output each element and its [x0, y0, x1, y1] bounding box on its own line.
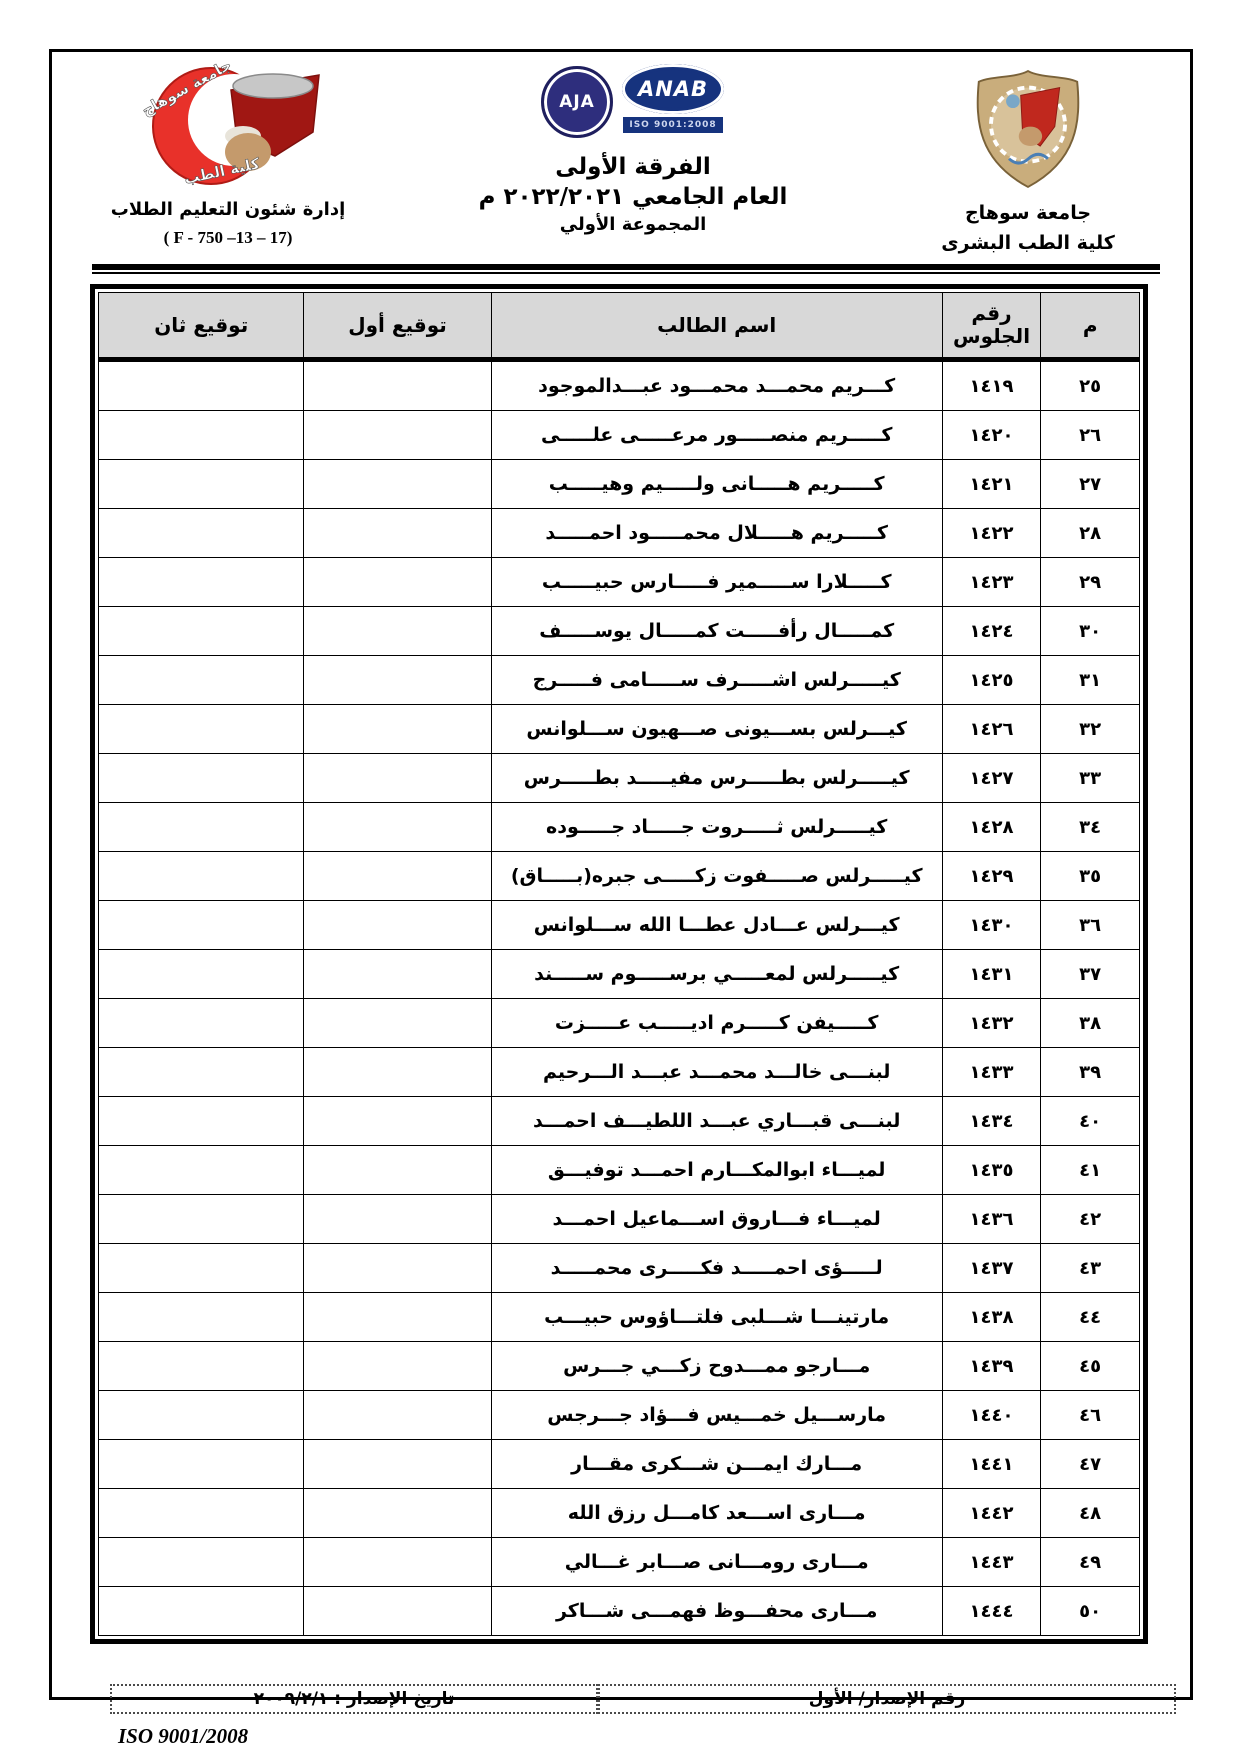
first-signature-cell [304, 1342, 491, 1391]
student-name-cell: مارتينـــا شـــلبى فلتـــاؤوس حبيـــب [491, 1293, 942, 1342]
seat-number-cell: ١٤٢٦ [942, 705, 1041, 754]
first-signature-cell [304, 999, 491, 1048]
aja-logo-icon: AJA [541, 66, 613, 138]
second-signature-cell [99, 1587, 304, 1636]
table-row: ٣٢١٤٢٦كيـــرلس بســـيونى صـــهيون ســـلو… [99, 705, 1140, 754]
seat-number-cell: ١٤٣٤ [942, 1097, 1041, 1146]
seat-number-cell: ١٤٤٣ [942, 1538, 1041, 1587]
serial-cell: ٣٧ [1041, 950, 1140, 999]
second-signature-cell [99, 1440, 304, 1489]
student-name-cell: كيـــرلس عـــادل عطـــا الله ســـلوانس [491, 901, 942, 950]
header-seat-number: رقم الجلوس [942, 293, 1041, 360]
serial-cell: ٣٥ [1041, 852, 1140, 901]
student-name-cell: كيـــــرلس ثـــــروت جـــــاد جـــــوده [491, 803, 942, 852]
table-row: ٥٠١٤٤٤مـــارى محفـــوظ فهمـــى شـــاكر [99, 1587, 1140, 1636]
seat-number-cell: ١٤٣١ [942, 950, 1041, 999]
document-header: جامعة سوهاج كلية الطب البشرى ANAB ISO 90… [52, 52, 1190, 258]
table-row: ٢٨١٤٢٢كـــــريم هـــــلال محمـــــود احم… [99, 509, 1140, 558]
header-first-signature: توقيع أول [304, 293, 491, 360]
student-name-cell: كـــــلارا ســـــمير فـــــارس حبيـــــب [491, 558, 942, 607]
table-row: ٤٨١٤٤٢مـــارى اســـعد كامـــل رزق الله [99, 1489, 1140, 1538]
second-signature-cell [99, 1538, 304, 1587]
form-code: ( F - 750 –13 – 17) [78, 225, 378, 251]
table-row: ٤٤١٤٣٨مارتينـــا شـــلبى فلتـــاؤوس حبيـ… [99, 1293, 1140, 1342]
seat-number-cell: ١٤٢١ [942, 460, 1041, 509]
serial-cell: ٤٢ [1041, 1195, 1140, 1244]
serial-cell: ٣٢ [1041, 705, 1140, 754]
table-row: ٣٩١٤٣٣لبنـــى خالـــد محمـــد عبـــد الـ… [99, 1048, 1140, 1097]
seat-number-cell: ١٤٢٠ [942, 411, 1041, 460]
second-signature-cell [99, 656, 304, 705]
first-signature-cell [304, 1097, 491, 1146]
table-row: ٣٦١٤٣٠كيـــرلس عـــادل عطـــا الله ســـل… [99, 901, 1140, 950]
first-signature-cell [304, 509, 491, 558]
student-name-cell: كيـــــرلس صـــــفوت زكـــــى جبره(بــــ… [491, 852, 942, 901]
serial-cell: ٤٨ [1041, 1489, 1140, 1538]
table-row: ٣٣١٤٢٧كيـــــرلس بطـــــرس مفيـــــد بطـ… [99, 754, 1140, 803]
student-name-cell: لبنـــى خالـــد محمـــد عبـــد الـــرحيم [491, 1048, 942, 1097]
table-row: ٣٠١٤٢٤كمـــــال رأفـــــت كمـــــال يوسـ… [99, 607, 1140, 656]
second-signature-cell [99, 950, 304, 999]
serial-cell: ٤١ [1041, 1146, 1140, 1195]
table-row: ٣٨١٤٣٢كـــــيفن كـــــرم اديـــــب عــــ… [99, 999, 1140, 1048]
serial-cell: ٣٠ [1041, 607, 1140, 656]
aja-logo-label: AJA [559, 92, 595, 112]
student-name-cell: كـــــريم هـــــانى ولـــــيم وهيـــــب [491, 460, 942, 509]
header-second-signature: توقيع ثان [99, 293, 304, 360]
seat-number-cell: ١٤٤١ [942, 1440, 1041, 1489]
seat-number-cell: ١٤١٩ [942, 360, 1041, 411]
table-row: ٤٢١٤٣٦لميـــاء فـــاروق اســـماعيل احمــ… [99, 1195, 1140, 1244]
second-signature-cell [99, 901, 304, 950]
group-title: المجموعة الأولي [438, 214, 828, 235]
first-signature-cell [304, 1244, 491, 1293]
first-signature-cell [304, 1195, 491, 1244]
student-name-cell: كـــــريم هـــــلال محمـــــود احمـــــد [491, 509, 942, 558]
second-signature-cell [99, 1293, 304, 1342]
serial-cell: ٤٣ [1041, 1244, 1140, 1293]
seat-number-cell: ١٤٢٣ [942, 558, 1041, 607]
student-name-cell: كيـــرلس بســـيونى صـــهيون ســـلوانس [491, 705, 942, 754]
student-name-cell: لبنـــى قبـــاري عبـــد اللطيـــف احمـــ… [491, 1097, 942, 1146]
seat-number-cell: ١٤٤٢ [942, 1489, 1041, 1538]
student-name-cell: مـــارك ايمـــن شـــكرى مقـــار [491, 1440, 942, 1489]
student-name-cell: مـــارى اســـعد كامـــل رزق الله [491, 1489, 942, 1538]
second-signature-cell [99, 754, 304, 803]
anab-logo-icon: ANAB ISO 9001:2008 [621, 64, 725, 133]
second-signature-cell [99, 1146, 304, 1195]
academic-year-title: العام الجامعي ٢٠٢٢/٢٠٢١ م [438, 184, 828, 210]
student-name-cell: مـــارى محفـــوظ فهمـــى شـــاكر [491, 1587, 942, 1636]
second-signature-cell [99, 1391, 304, 1440]
first-signature-cell [304, 1587, 491, 1636]
first-signature-cell [304, 1538, 491, 1587]
first-signature-cell [304, 1293, 491, 1342]
first-signature-cell [304, 1146, 491, 1195]
table-row: ٤٣١٤٣٧لـــــؤى احمـــــد فكـــــرى محمــ… [99, 1244, 1140, 1293]
serial-cell: ٤٩ [1041, 1538, 1140, 1587]
title-block: ANAB ISO 9001:2008 AJA الفرقة الأولى الع… [438, 62, 828, 258]
seat-number-cell: ١٤٣٠ [942, 901, 1041, 950]
header-divider-rule [92, 264, 1160, 274]
student-name-cell: مـــارى رومـــانى صـــابر غـــالي [491, 1538, 942, 1587]
serial-cell: ٤٤ [1041, 1293, 1140, 1342]
student-name-cell: كـــريم محمـــد محمـــود عبـــدالموجود [491, 360, 942, 411]
document-footer: تاريخ الإصدار : ٢٠٠٩/٢/١ رقم الإصدار/ ال… [110, 1684, 1182, 1714]
admin-block: جامعة سوهاج كلية الطب إدارة شئون التعليم… [78, 62, 378, 258]
university-block: جامعة سوهاج كلية الطب البشرى [888, 62, 1168, 258]
table-row: ٢٦١٤٢٠كـــــريم منصـــــور مرعـــــى علـ… [99, 411, 1140, 460]
university-shield-icon [972, 173, 1084, 195]
page-border-frame: جامعة سوهاج كلية الطب البشرى ANAB ISO 90… [49, 49, 1193, 1700]
seat-number-cell: ١٤٣٧ [942, 1244, 1041, 1293]
second-signature-cell [99, 1342, 304, 1391]
student-signature-table: م رقم الجلوس اسم الطالب توقيع أول توقيع … [98, 292, 1140, 1636]
first-signature-cell [304, 1391, 491, 1440]
second-signature-cell [99, 999, 304, 1048]
seat-number-cell: ١٤٢٨ [942, 803, 1041, 852]
seat-number-cell: ١٤٣٦ [942, 1195, 1041, 1244]
seat-number-cell: ١٤٢٧ [942, 754, 1041, 803]
first-signature-cell [304, 705, 491, 754]
first-signature-cell [304, 1048, 491, 1097]
serial-cell: ٤٠ [1041, 1097, 1140, 1146]
serial-cell: ٢٩ [1041, 558, 1140, 607]
anab-logo-label: ANAB [638, 77, 708, 101]
first-signature-cell [304, 607, 491, 656]
seat-number-cell: ١٤٢٥ [942, 656, 1041, 705]
serial-cell: ٢٥ [1041, 360, 1140, 411]
second-signature-cell [99, 1244, 304, 1293]
university-name: جامعة سوهاج [888, 199, 1168, 228]
student-name-cell: كـــــريم منصـــــور مرعـــــى علـــــى [491, 411, 942, 460]
seat-number-cell: ١٤٤٠ [942, 1391, 1041, 1440]
student-table-frame: م رقم الجلوس اسم الطالب توقيع أول توقيع … [90, 284, 1148, 1644]
student-table-body: ٢٥١٤١٩كـــريم محمـــد محمـــود عبـــدالم… [99, 360, 1140, 1636]
serial-cell: ٣٩ [1041, 1048, 1140, 1097]
grade-title: الفرقة الأولى [438, 154, 828, 180]
first-signature-cell [304, 852, 491, 901]
first-signature-cell [304, 460, 491, 509]
seat-number-cell: ١٤٣٣ [942, 1048, 1041, 1097]
second-signature-cell [99, 803, 304, 852]
student-name-cell: مارســـيل خمـــيس فـــؤاد جـــرجس [491, 1391, 942, 1440]
faculty-name: كلية الطب البشرى [888, 229, 1168, 258]
student-name-cell: لـــــؤى احمـــــد فكـــــرى محمـــــد [491, 1244, 942, 1293]
table-row: ٣١١٤٢٥كيـــــرلس اشـــــرف ســـــامى فــ… [99, 656, 1140, 705]
table-row: ٢٩١٤٢٣كـــــلارا ســـــمير فـــــارس حبي… [99, 558, 1140, 607]
seat-number-cell: ١٤٣٥ [942, 1146, 1041, 1195]
seat-number-cell: ١٤٢٩ [942, 852, 1041, 901]
table-row: ٢٧١٤٢١كـــــريم هـــــانى ولـــــيم وهيـ… [99, 460, 1140, 509]
serial-cell: ٢٨ [1041, 509, 1140, 558]
table-row: ٤٩١٤٤٣مـــارى رومـــانى صـــابر غـــالي [99, 1538, 1140, 1587]
seat-number-cell: ١٤٤٤ [942, 1587, 1041, 1636]
header-student-name: اسم الطالب [491, 293, 942, 360]
student-name-cell: كيـــــرلس بطـــــرس مفيـــــد بطـــــرس [491, 754, 942, 803]
document-page: جامعة سوهاج كلية الطب البشرى ANAB ISO 90… [0, 0, 1241, 1755]
seat-number-cell: ١٤٣٩ [942, 1342, 1041, 1391]
second-signature-cell [99, 411, 304, 460]
student-name-cell: كـــــيفن كـــــرم اديـــــب عـــــزت [491, 999, 942, 1048]
second-signature-cell [99, 360, 304, 411]
table-row: ٤٧١٤٤١مـــارك ايمـــن شـــكرى مقـــار [99, 1440, 1140, 1489]
student-name-cell: كمـــــال رأفـــــت كمـــــال يوســـــف [491, 607, 942, 656]
serial-cell: ٣٨ [1041, 999, 1140, 1048]
seat-number-cell: ١٤٢٢ [942, 509, 1041, 558]
second-signature-cell [99, 1489, 304, 1538]
second-signature-cell [99, 1097, 304, 1146]
anab-iso-strip: ISO 9001:2008 [623, 117, 723, 133]
table-row: ٣٤١٤٢٨كيـــــرلس ثـــــروت جـــــاد جـــ… [99, 803, 1140, 852]
table-row: ٢٥١٤١٩كـــريم محمـــد محمـــود عبـــدالم… [99, 360, 1140, 411]
serial-cell: ٤٧ [1041, 1440, 1140, 1489]
seat-number-cell: ١٤٣٨ [942, 1293, 1041, 1342]
second-signature-cell [99, 509, 304, 558]
second-signature-cell [99, 705, 304, 754]
serial-cell: ٤٥ [1041, 1342, 1140, 1391]
second-signature-cell [99, 460, 304, 509]
first-signature-cell [304, 1489, 491, 1538]
first-signature-cell [304, 1440, 491, 1489]
serial-cell: ٥٠ [1041, 1587, 1140, 1636]
seat-number-cell: ١٤٣٢ [942, 999, 1041, 1048]
first-signature-cell [304, 901, 491, 950]
serial-cell: ٣٣ [1041, 754, 1140, 803]
first-signature-cell [304, 950, 491, 999]
table-row: ٤٦١٤٤٠مارســـيل خمـــيس فـــؤاد جـــرجس [99, 1391, 1140, 1440]
table-row: ٣٧١٤٣١كيـــــرلس لمعـــــي برســـــوم سـ… [99, 950, 1140, 999]
second-signature-cell [99, 558, 304, 607]
second-signature-cell [99, 607, 304, 656]
seat-number-cell: ١٤٢٤ [942, 607, 1041, 656]
first-signature-cell [304, 360, 491, 411]
serial-cell: ٢٧ [1041, 460, 1140, 509]
first-signature-cell [304, 411, 491, 460]
first-signature-cell [304, 754, 491, 803]
second-signature-cell [99, 852, 304, 901]
table-row: ٤١١٤٣٥لميـــاء ابوالمكـــارم احمـــد توف… [99, 1146, 1140, 1195]
accreditation-logos: ANAB ISO 9001:2008 AJA [438, 64, 828, 148]
table-row: ٤٥١٤٣٩مـــارجو ممـــدوح زكـــي جـــرس [99, 1342, 1140, 1391]
student-name-cell: لميـــاء ابوالمكـــارم احمـــد توفيـــق [491, 1146, 942, 1195]
student-name-cell: كيـــــرلس اشـــــرف ســـــامى فـــــرج [491, 656, 942, 705]
table-row: ٤٠١٤٣٤لبنـــى قبـــاري عبـــد اللطيـــف … [99, 1097, 1140, 1146]
issue-date-box: تاريخ الإصدار : ٢٠٠٩/٢/١ [110, 1684, 598, 1714]
second-signature-cell [99, 1048, 304, 1097]
student-name-cell: كيـــــرلس لمعـــــي برســـــوم ســـــند [491, 950, 942, 999]
student-name-cell: لميـــاء فـــاروق اســـماعيل احمـــد [491, 1195, 942, 1244]
second-signature-cell [99, 1195, 304, 1244]
table-header-row: م رقم الجلوس اسم الطالب توقيع أول توقيع … [99, 293, 1140, 360]
faculty-crescent-logo-icon: جامعة سوهاج كلية الطب [111, 172, 346, 193]
serial-cell: ٣٤ [1041, 803, 1140, 852]
first-signature-cell [304, 803, 491, 852]
serial-cell: ٢٦ [1041, 411, 1140, 460]
issue-number-box: رقم الإصدار/ الأول [598, 1684, 1176, 1714]
administration-label: إدارة شئون التعليم الطلاب [78, 196, 378, 223]
first-signature-cell [304, 656, 491, 705]
student-name-cell: مـــارجو ممـــدوح زكـــي جـــرس [491, 1342, 942, 1391]
first-signature-cell [304, 558, 491, 607]
serial-cell: ٣١ [1041, 656, 1140, 705]
serial-cell: ٣٦ [1041, 901, 1140, 950]
iso-standard-label: ISO 9001/2008 [118, 1724, 1190, 1749]
serial-cell: ٤٦ [1041, 1391, 1140, 1440]
table-row: ٣٥١٤٢٩كيـــــرلس صـــــفوت زكـــــى جبره… [99, 852, 1140, 901]
header-serial: م [1041, 293, 1140, 360]
